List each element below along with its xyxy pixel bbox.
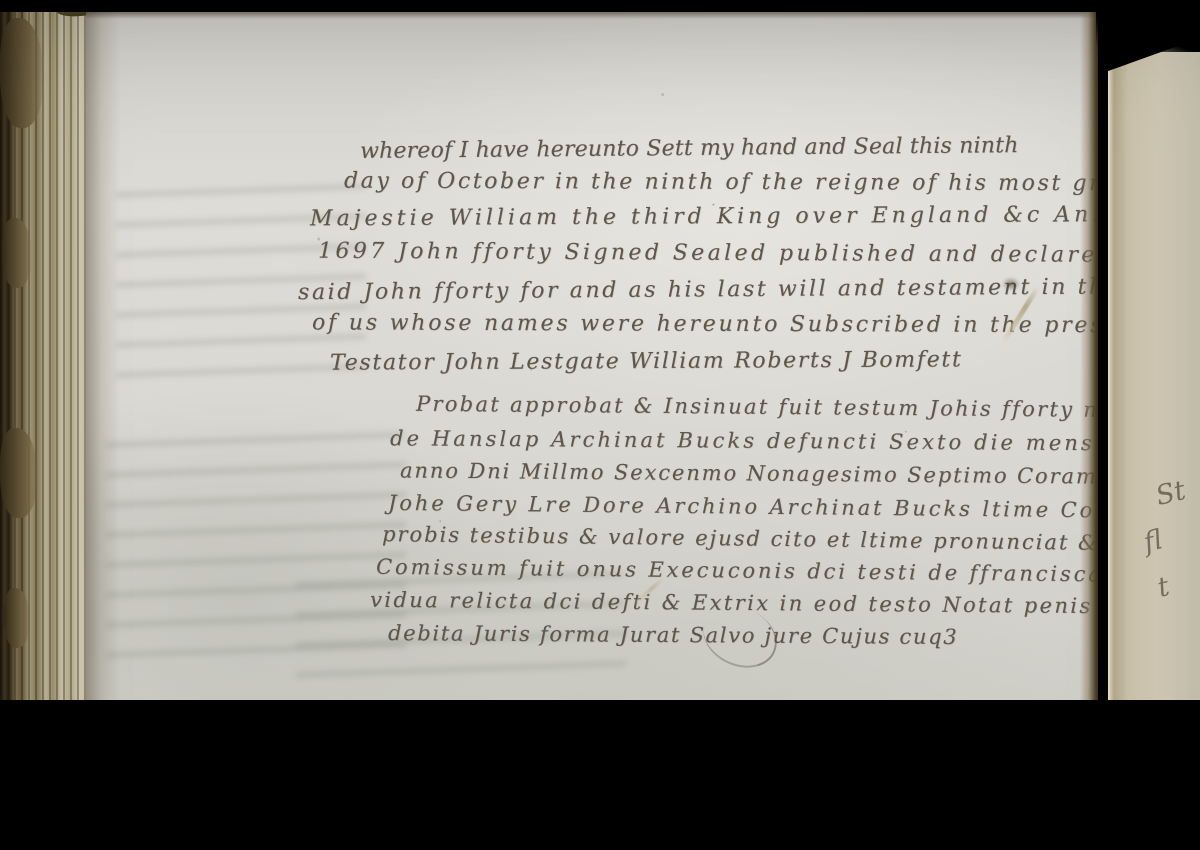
book-binding-left-edge: [0, 8, 88, 702]
manuscript-line: de Hanslap Archinat Bucks defuncti Sexto…: [390, 426, 1098, 456]
manuscript-line: Majestie William the third King over Eng…: [310, 202, 1098, 232]
binding-tatter: [0, 18, 44, 128]
facing-page-text-fragment: t: [1154, 571, 1172, 604]
manuscript-line: probis testibus & valore ejusd cito et l…: [382, 522, 1098, 556]
manuscript-page: whereof I have hereunto Sett my hand and…: [86, 12, 1098, 700]
facing-page-text-fragment: St: [1153, 475, 1189, 512]
manuscript-line: day of October in the ninth of the reign…: [344, 169, 1098, 197]
photo-border-top: [0, 0, 1200, 12]
manuscript-line: Testator John Lestgate William Roberts J…: [330, 347, 963, 375]
manuscript-line: 1697 John fforty Signed Sealed published…: [318, 239, 1098, 269]
facing-page-highlight: [1108, 38, 1114, 700]
photo-border-bottom: [0, 700, 1200, 850]
manuscript-line: Johe Gery Lre Dore Archino Archinat Buck…: [388, 491, 1098, 523]
manuscript-line: Probat approbat & Insinuat fuit testum J…: [416, 392, 1098, 422]
manuscript-line: debita Juris forma Jurat Salvo jure Cuju…: [388, 621, 959, 649]
manuscript-line: anno Dni Millmo Sexcenmo Nonagesimo Sept…: [400, 458, 1098, 489]
ink-smudge: [998, 274, 1024, 294]
binding-tatter: [0, 428, 38, 518]
binding-tatter: [4, 588, 30, 648]
photo-border-top-right: [1096, 0, 1200, 52]
page-edge-shadow: [1080, 12, 1098, 700]
manuscript-line: of us whose names were hereunto Subscrib…: [312, 310, 1098, 338]
facing-page-edge: St fl t: [1108, 38, 1200, 700]
facing-page-text-fragment: fl: [1141, 524, 1166, 558]
manuscript-line: said John fforty for and as his last wil…: [298, 274, 1098, 305]
manuscript-photo: whereof I have hereunto Sett my hand and…: [0, 0, 1200, 850]
page-top-edge: [86, 12, 1098, 19]
manuscript-line: whereof I have hereunto Sett my hand and…: [360, 133, 1019, 164]
binding-tatter: [2, 218, 32, 288]
